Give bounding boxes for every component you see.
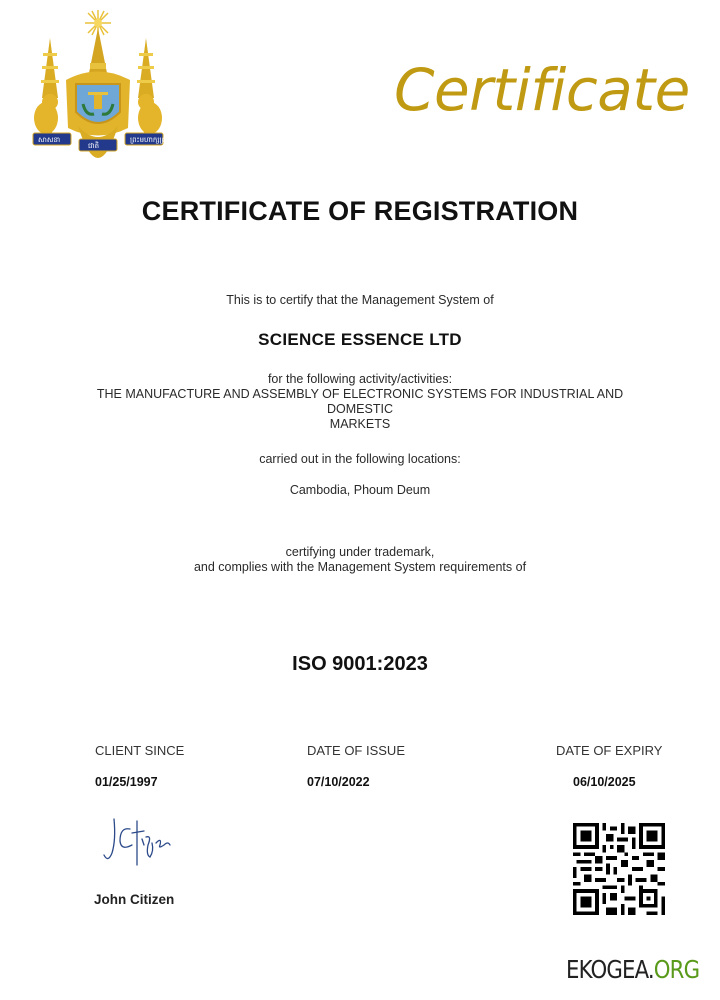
company-name: SCIENCE ESSENCE LTD — [0, 330, 720, 350]
brand-name: EKOGEA. — [566, 955, 654, 984]
svg-text:សាសនា: សាសនា — [38, 136, 60, 144]
client-since-value: 01/25/1997 — [95, 775, 158, 789]
page-title: CERTIFICATE OF REGISTRATION — [0, 196, 720, 227]
brand-tld: ORG — [654, 955, 699, 984]
client-since-label: CLIENT SINCE — [95, 743, 184, 758]
location-value: Cambodia, Phoum Deum — [0, 483, 720, 498]
date-of-expiry-value: 06/10/2025 — [573, 775, 636, 789]
brand-logo: EKOGEA.ORG — [566, 955, 699, 984]
requirements-line: and complies with the Management System … — [0, 560, 720, 575]
signer-name: John Citizen — [94, 892, 174, 907]
activity-label: for the following activity/activities: — [0, 372, 720, 387]
date-of-issue-value: 07/10/2022 — [307, 775, 370, 789]
royal-emblem-icon: សាសនាជាតិព្រះមហាក្សត្រ — [28, 8, 168, 166]
locations-label: carried out in the following locations: — [0, 452, 720, 467]
activity-line: DOMESTIC — [0, 402, 720, 417]
activity-line: MARKETS — [0, 417, 720, 432]
date-of-issue-label: DATE OF ISSUE — [307, 743, 405, 758]
date-of-expiry-label: DATE OF EXPIRY — [556, 743, 662, 758]
intro-text: This is to certify that the Management S… — [0, 293, 720, 308]
trademark-line: certifying under trademark, — [0, 545, 720, 560]
activity-block: for the following activity/activities: T… — [0, 372, 720, 432]
svg-text:ជាតិ: ជាតិ — [88, 141, 99, 150]
svg-text:ព្រះមហាក្សត្រ: ព្រះមហាក្សត្រ — [130, 136, 166, 144]
trademark-block: certifying under trademark, and complies… — [0, 545, 720, 575]
signature-image — [100, 815, 180, 870]
certificate-script-title: Certificate — [394, 56, 690, 124]
qr-code-icon[interactable] — [573, 823, 665, 915]
activity-line: THE MANUFACTURE AND ASSEMBLY OF ELECTRON… — [0, 387, 720, 402]
standard-name: ISO 9001:2023 — [0, 653, 720, 676]
